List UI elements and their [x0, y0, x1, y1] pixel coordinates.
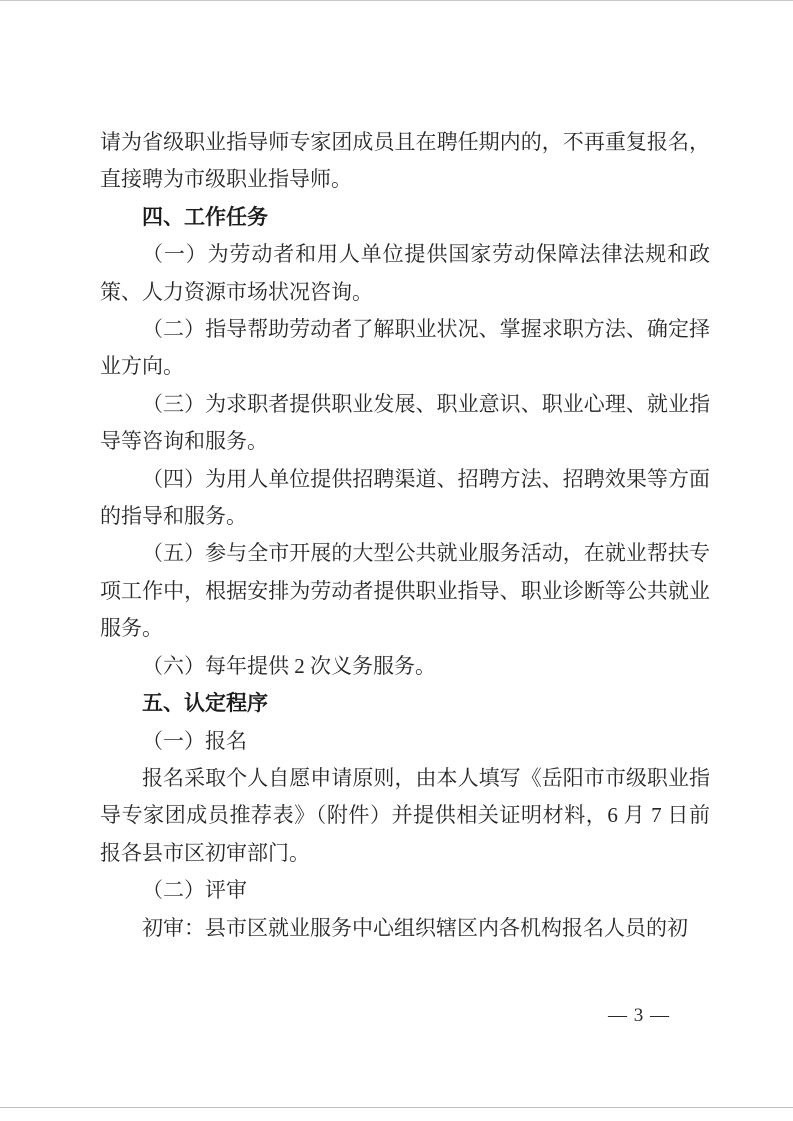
paragraph-subhead-signup: （一）报名 — [100, 723, 710, 760]
paragraph-continued: 请为省级职业指导师专家团成员且在聘任期内的，不再重复报名，直接聘为市级职业指导师… — [100, 124, 710, 199]
section-heading-4: 四、工作任务 — [100, 199, 710, 236]
document-page: 请为省级职业指导师专家团成员且在聘任期内的，不再重复报名，直接聘为市级职业指导师… — [0, 0, 793, 1121]
paragraph-task-4: （四）为用人单位提供招聘渠道、招聘方法、招聘效果等方面的指导和服务。 — [100, 461, 710, 536]
paragraph-signup-detail: 报名采取个人自愿申请原则，由本人填写《岳阳市市级职业指导专家团成员推荐表》（附件… — [100, 760, 710, 872]
paragraph-task-6: （六）每年提供 2 次义务服务。 — [100, 648, 710, 685]
page-top-edge — [0, 0, 793, 1]
page-bottom-edge — [0, 1107, 793, 1108]
paragraph-task-1: （一）为劳动者和用人单位提供国家劳动保障法律法规和政策、人力资源市场状况咨询。 — [100, 236, 710, 311]
paragraph-task-2: （二）指导帮助劳动者了解职业状况、掌握求职方法、确定择业方向。 — [100, 311, 710, 386]
paragraph-review-detail: 初审：县市区就业服务中心组织辖区内各机构报名人员的初 — [100, 910, 710, 947]
paragraph-task-5: （五）参与全市开展的大型公共就业服务活动，在就业帮扶专项工作中，根据安排为劳动者… — [100, 535, 710, 647]
page-number: — 3 — — [608, 1003, 670, 1029]
document-body: 请为省级职业指导师专家团成员且在聘任期内的，不再重复报名，直接聘为市级职业指导师… — [100, 124, 710, 947]
paragraph-subhead-review: （二）评审 — [100, 872, 710, 909]
paragraph-task-3: （三）为求职者提供职业发展、职业意识、职业心理、就业指导等咨询和服务。 — [100, 386, 710, 461]
section-heading-5: 五、认定程序 — [100, 685, 710, 722]
